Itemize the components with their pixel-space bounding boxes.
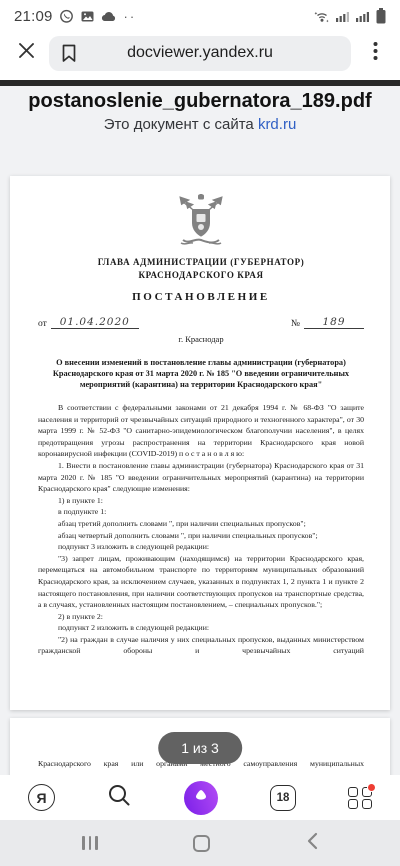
body-paragraph: "3) запрет лицам, проживающим (находящим… [38,553,364,611]
back-button[interactable] [306,832,318,855]
city-line: г. Краснодар [38,334,364,344]
home-button[interactable] [193,835,210,852]
source-site-link[interactable]: krd.ru [258,116,296,133]
body-paragraph: абзац третий дополнить словами ", при на… [38,518,364,530]
close-tab-button[interactable] [12,39,40,67]
document-filename: postanoslenie_gubernatora_189.pdf [6,89,394,113]
kebab-menu-icon [373,41,378,66]
document-type-heading: ПОСТАНОВЛЕНИЕ [38,291,364,303]
org-name-line2: КРАСНОДАРСКОГО КРАЯ [38,269,364,282]
browser-bottom-nav: Я 18 [0,775,400,820]
coat-of-arms-emblem [178,194,224,250]
recent-apps-button[interactable] [82,836,98,850]
browser-menu-button[interactable] [360,39,390,67]
gallery-icon [80,9,95,24]
close-icon [17,41,36,65]
body-paragraph: 1. Внести в постановление главы админист… [38,460,364,495]
body-paragraph: 2) в пункте 2: [38,611,364,623]
search-button[interactable] [107,783,132,813]
bookmark-icon[interactable] [61,44,77,68]
date-label: от [38,319,47,329]
android-nav-bar [0,820,400,866]
org-name-line1: ГЛАВА АДМИНИСТРАЦИИ (ГУБЕРНАТОР) [38,256,364,269]
handwritten-date: 01.04.2020 [60,316,130,328]
body-paragraph: подпункт 2 изложить в следующей редакции… [38,622,364,634]
document-body: В соответствии с федеральными законами о… [38,402,364,657]
svg-text:✦: ✦ [326,19,330,24]
pdf-page-1: ГЛАВА АДМИНИСТРАЦИИ (ГУБЕРНАТОР) КРАСНОД… [10,176,390,710]
address-bar[interactable]: docviewer.yandex.ru [49,36,351,71]
handwritten-number: 189 [322,316,345,328]
source-prefix-text: Это документ с сайта [104,116,258,133]
wifi-icon: ✦✦ [313,9,331,23]
document-title: О внесении изменений в постановление гла… [44,357,358,390]
grid-menu-button[interactable] [348,786,372,810]
cell-signal-icon [356,10,371,23]
body-paragraph: В соответствии с федеральными законами о… [38,402,364,460]
more-notifications-dots: ·· [124,10,137,23]
whatsapp-icon [59,9,74,24]
body-paragraph: 1) в пункте 1: [38,495,364,507]
document-source-line: Это документ с сайта krd.ru [6,116,394,133]
docviewer-header: postanoslenie_gubernatora_189.pdf Это до… [0,86,400,164]
notification-badge [367,783,376,792]
browser-toolbar: docviewer.yandex.ru [0,32,400,80]
document-viewport[interactable]: ГЛАВА АДМИНИСТРАЦИИ (ГУБЕРНАТОР) КРАСНОД… [0,164,400,775]
page-indicator-pill: 1 из 3 [158,732,242,764]
cell-signal-icon [336,10,351,23]
date-number-row: от 01.04.2020 № 189 [38,316,364,329]
yandex-browser-icon[interactable]: Я [28,784,55,811]
grid-menu-icon [348,787,358,797]
clock: 21:09 [14,8,53,25]
number-field: 189 [304,316,364,329]
body-paragraph: в подпункте 1: [38,506,364,518]
number-label: № [291,319,300,329]
alisa-icon [191,785,211,810]
body-paragraph: подпункт 3 изложить в следующей редакции… [38,541,364,553]
cloud-icon [101,10,117,23]
phone-screen: 21:09 ·· ✦✦ [0,0,400,866]
body-paragraph: абзац четвертый дополнить словами ", при… [38,530,364,542]
search-icon [107,795,132,812]
status-bar: 21:09 ·· ✦✦ [0,0,400,32]
battery-icon [376,8,386,24]
body-paragraph: "2) на граждан в случае наличия у них сп… [38,634,364,657]
page-separator [10,710,390,718]
page-url: docviewer.yandex.ru [127,44,273,62]
alisa-assistant-button[interactable] [184,781,218,815]
svg-text:✦: ✦ [314,11,318,16]
back-chevron-icon [306,837,318,854]
date-field: 01.04.2020 [51,316,139,329]
tabs-counter[interactable]: 18 [270,785,296,811]
